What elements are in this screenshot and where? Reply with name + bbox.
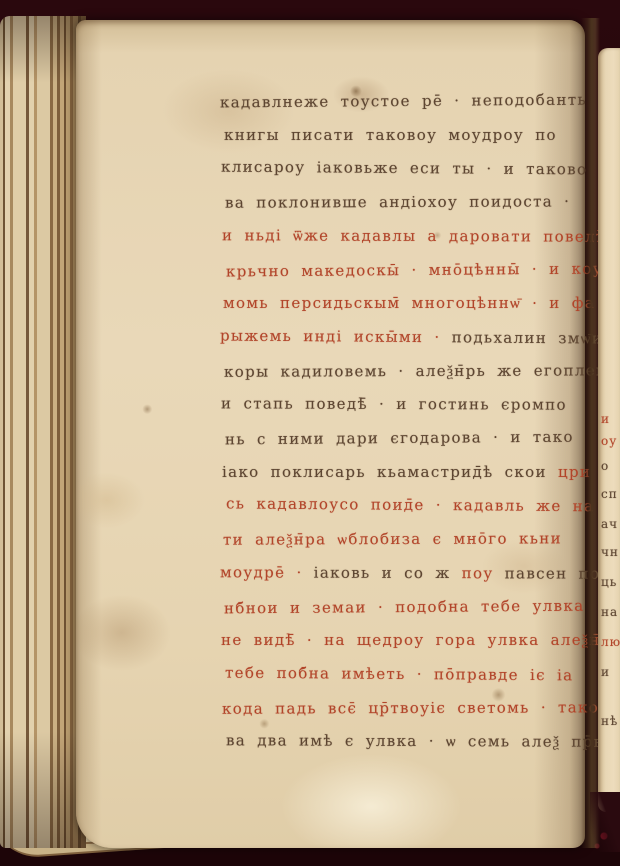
ink-segment: книгы писати таковоу моудроу по bbox=[224, 126, 557, 144]
ink-segment: момь персидьскым̄ многоцѣннѡ̄ · и фа bbox=[223, 294, 595, 312]
text-line: книгы писати таковоу моудроу по bbox=[224, 118, 557, 152]
text-block: кадавлнеже тоустое ре̄ · неподобантькниг… bbox=[223, 20, 595, 848]
text-line: коры кадиловемь · алеѯн̄рь же егоплево bbox=[224, 353, 616, 389]
sliver-fragment: на bbox=[601, 606, 618, 618]
sliver-fragment: нѣ bbox=[601, 715, 618, 727]
sliver-fragment: и bbox=[601, 413, 610, 425]
sliver-fragment: лю bbox=[601, 636, 620, 648]
text-line: ва поклонивше андіохоу поидоста · bbox=[225, 184, 570, 219]
text-line: и стапь поведѣ̄ · и гостинь єромпо bbox=[221, 387, 567, 422]
binding-corner bbox=[590, 792, 620, 852]
sliver-fragment: оу bbox=[601, 435, 617, 447]
ink-segment: коры кадиловемь · алеѯн̄рь же егоплево bbox=[224, 361, 616, 381]
ink-segment: іако поклисарь кьамастрид̄ѣ скои bbox=[222, 463, 558, 481]
ink-segment: кадавлнеже тоустое ре̄ · неподобанть bbox=[220, 91, 587, 112]
ink-segment: моудре̄ · bbox=[220, 563, 314, 581]
text-line: моудре̄ · іаковь и со ж поу павсен подь bbox=[220, 555, 620, 591]
text-line: нь с ними дари єгодарова · и тако bbox=[225, 420, 574, 457]
text-line: іако поклисарь кьамастрид̄ѣ скои цри bbox=[222, 455, 591, 489]
text-line: ва два имѣ є улвка · ѡ семь алеѯ пр̄ь bbox=[226, 724, 603, 759]
sliver-fragment: чн bbox=[601, 546, 619, 558]
text-line: момь персидьскым̄ многоцѣннѡ̄ · и фа bbox=[223, 286, 595, 320]
facing-page-sliver: иоуоспаччнцьналюинѣ bbox=[598, 48, 620, 812]
ink-segment: и ньді ѿже кадавлы а даровати повелѣ̄ · bbox=[222, 226, 620, 246]
manuscript-photo: кадавлнеже тоустое ре̄ · неподобантькниг… bbox=[0, 0, 620, 866]
ink-segment: ва два имѣ є улвка · ѡ семь алеѯ пр̄ь bbox=[226, 732, 603, 751]
text-line: крьчно македоскы̄ · мно̄цѣнны̄ · и коу bbox=[226, 251, 603, 288]
sliver-fragment: ач bbox=[601, 518, 618, 530]
ink-segment: кода падь всє̄ цр̄твоуіє светомь · тако bbox=[222, 698, 599, 717]
ink-segment: нб̄нои и земаи · подобна тебе улвка bbox=[224, 596, 585, 617]
sliver-fragment: сп bbox=[601, 488, 618, 500]
ink-segment: іаковь и со ж bbox=[314, 563, 462, 582]
ink-segment: и стапь поведѣ̄ · и гостинь єромпо bbox=[221, 395, 567, 414]
text-line: рыжемь инді искы̄ми · подьхалин змѡ̄и bbox=[220, 318, 603, 355]
book-leaf-edges-stack bbox=[0, 16, 86, 848]
ink-segment: клисароу іаковьже еси ты · и таково bbox=[221, 158, 588, 179]
ink-segment: рыжемь инді искы̄ми · bbox=[220, 326, 452, 346]
ink-segment: не видѣ̄ · на щедроу гора улвка алеѯн̄рь bbox=[221, 631, 620, 649]
text-line: кода падь всє̄ цр̄твоуіє светомь · тако bbox=[222, 690, 599, 725]
text-line: сь кадавлоусо поид̄е · кадавль же на поу bbox=[226, 487, 620, 524]
sliver-fragment: о bbox=[601, 460, 609, 472]
ink-segment: тебе поб̄на имѣеть · по̄правде іє іа bbox=[225, 664, 574, 685]
ink-segment: поу bbox=[462, 564, 505, 582]
sliver-fragment: и bbox=[601, 666, 610, 678]
text-line: ти алеѯн̄ра ѡблобиза є мно̄го кьни bbox=[223, 521, 562, 556]
text-line: тебе поб̄на имѣеть · по̄правде іє іа bbox=[225, 656, 574, 693]
ink-segment: ти алеѯн̄ра ѡблобиза є мно̄го кьни bbox=[223, 529, 562, 548]
ink-segment: крьчно македоскы̄ · мно̄цѣнны̄ · и коу bbox=[226, 259, 603, 280]
text-line: кадавлнеже тоустое ре̄ · неподобанть bbox=[220, 83, 587, 120]
text-line: нб̄нои и земаи · подобна тебе улвка bbox=[224, 588, 585, 625]
manuscript-page: кадавлнеже тоустое ре̄ · неподобантькниг… bbox=[76, 20, 585, 848]
sliver-fragment: ць bbox=[601, 576, 617, 588]
ink-segment: нь с ними дари єгодарова · и тако bbox=[225, 428, 574, 449]
text-line: и ньді ѿже кадавлы а даровати повелѣ̄ · bbox=[222, 218, 620, 254]
ink-segment: сь кадавлоусо поид̄е · кадавль же на поу bbox=[226, 495, 620, 516]
ink-segment: ва поклонивше андіохоу поидоста · bbox=[225, 192, 570, 211]
text-line: не видѣ̄ · на щедроу гора улвка алеѯн̄рь bbox=[221, 623, 620, 657]
text-line: клисароу іаковьже еси ты · и таково bbox=[221, 150, 588, 187]
